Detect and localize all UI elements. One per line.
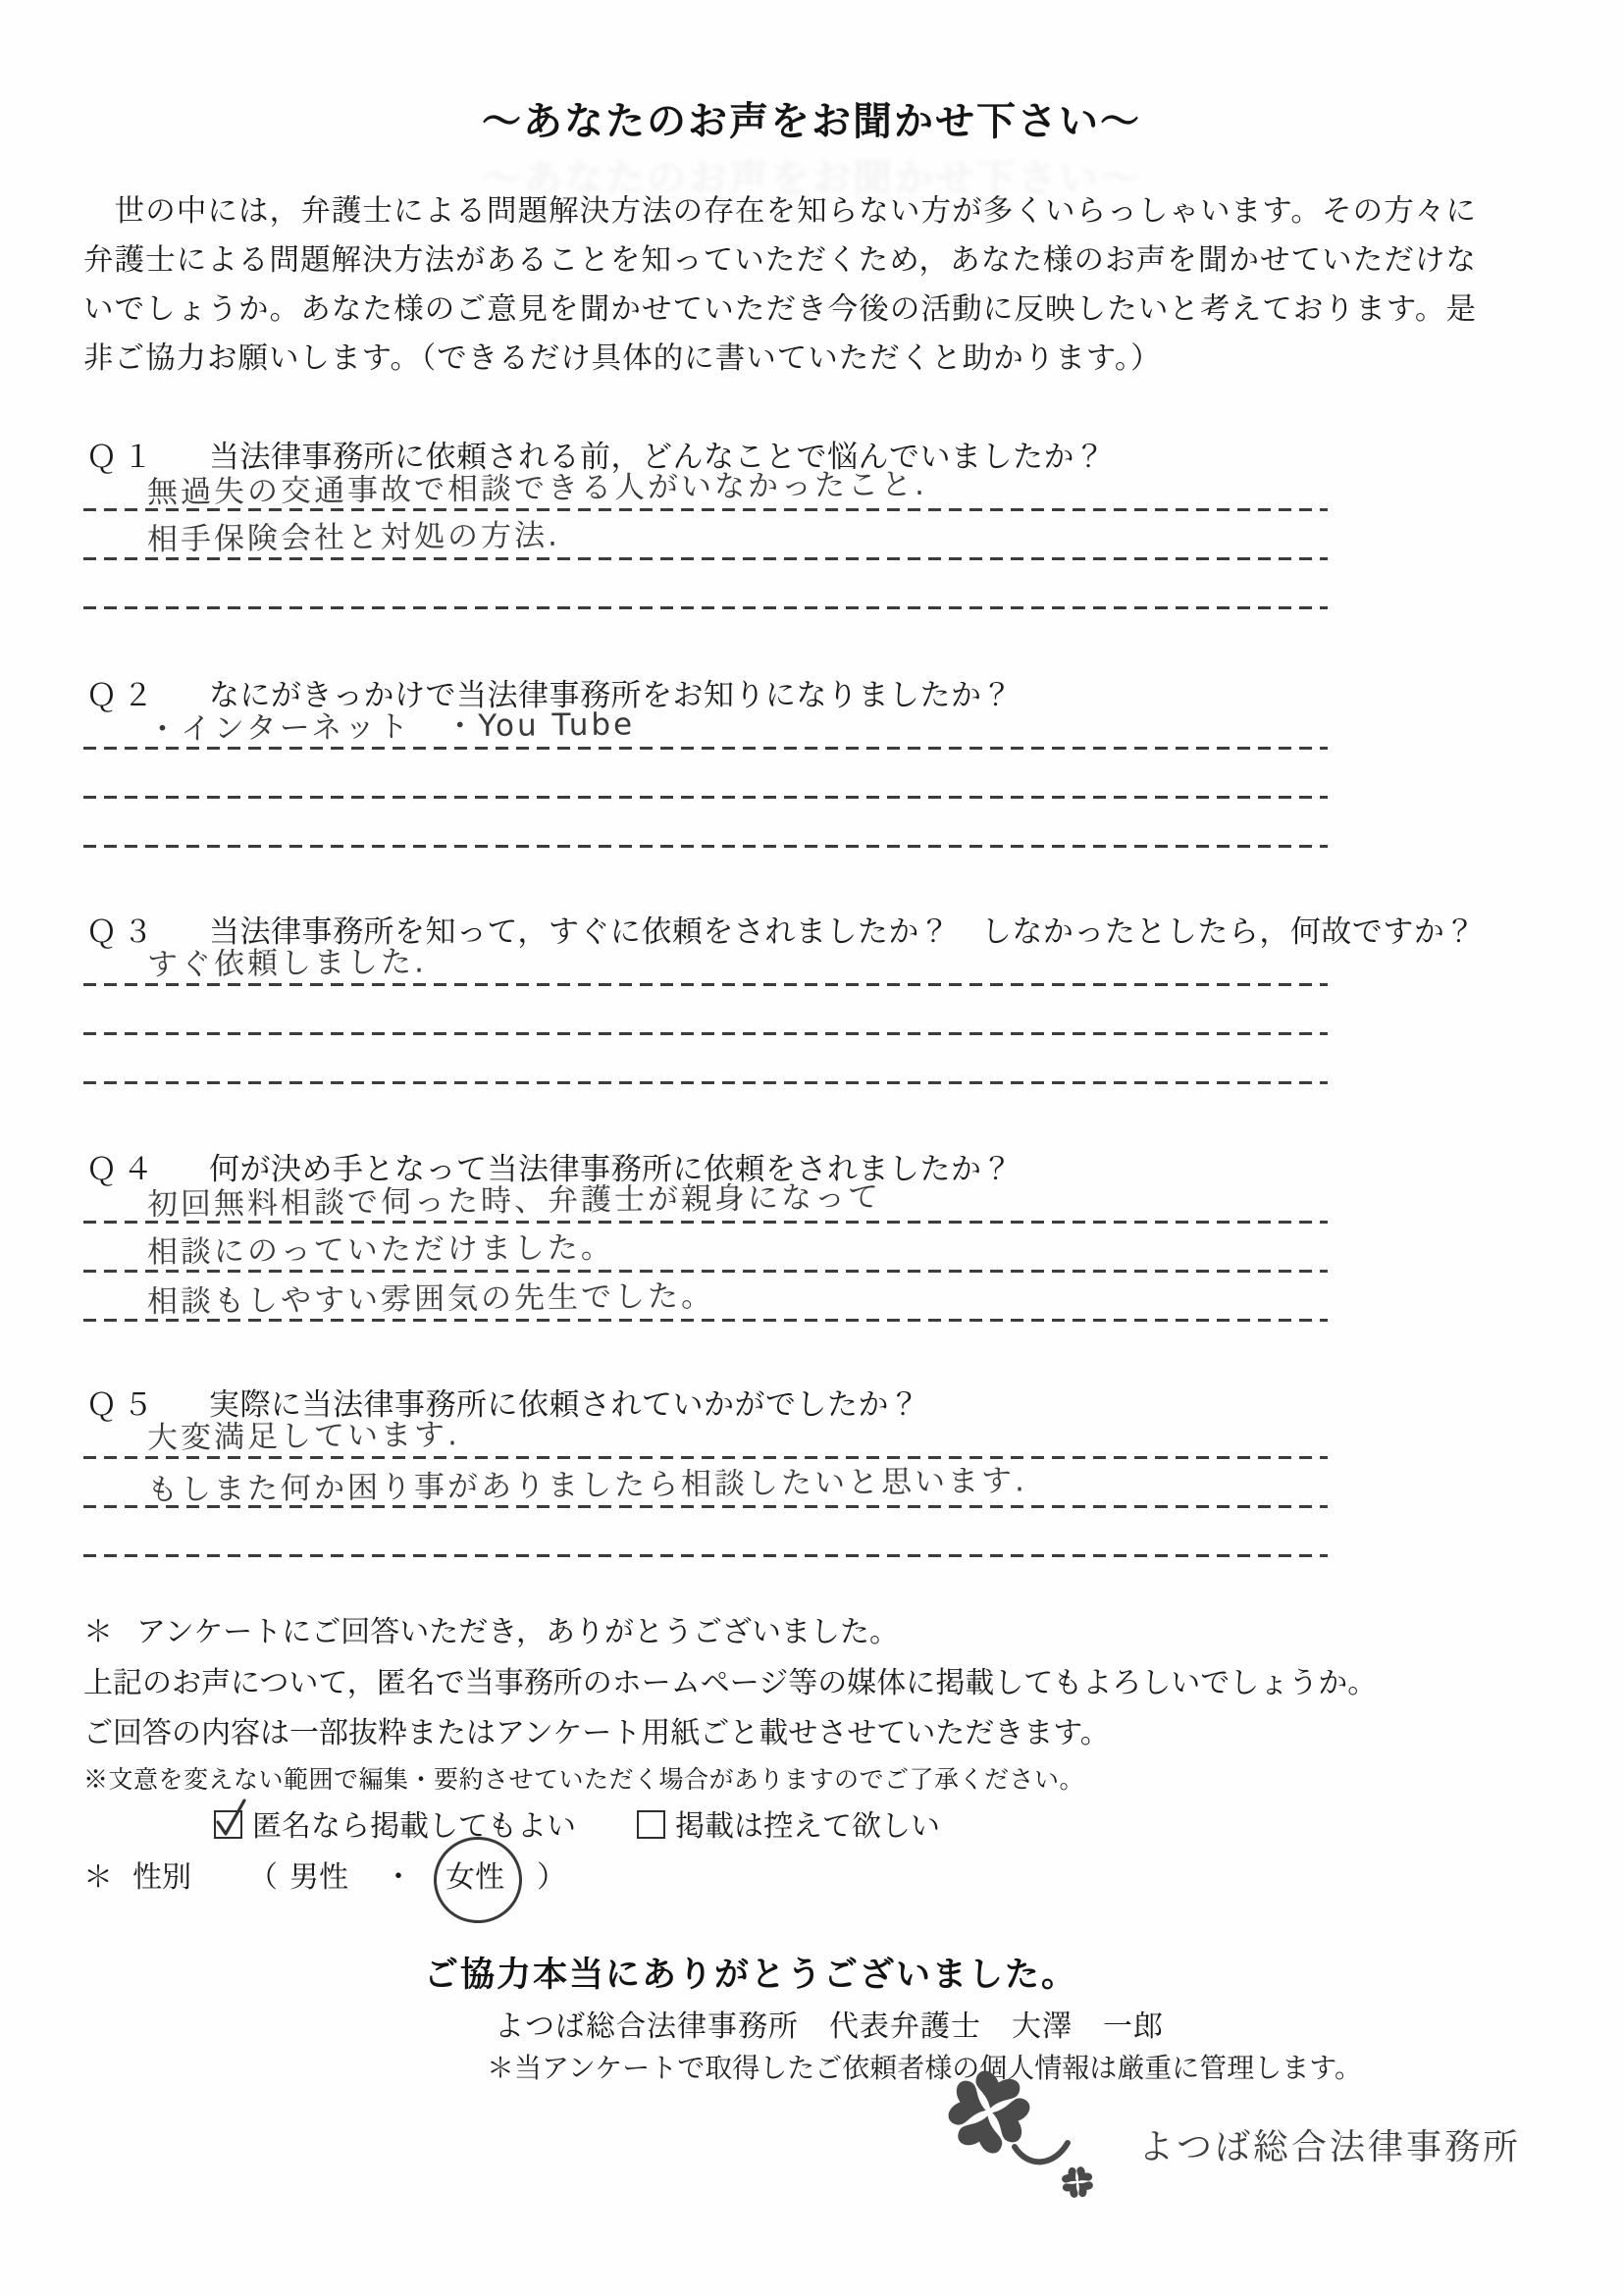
handwritten-answer: 大変満足しています. [147,1409,460,1456]
logo-swoosh [1015,2143,1068,2162]
asterisk-mark: ＊ [83,1607,113,1650]
handwritten-answer: もしまた何か困り事がありましたら相談したいと思います. [147,1455,1027,1508]
handwritten-circle-annotation [430,1833,525,1927]
checkbox-anonymous-ok[interactable] [214,1810,242,1839]
option-anonymous-ok-label: 匿名なら掲載してもよい [252,1810,576,1843]
handwritten-answer: ・インターネット ・You Tube [147,699,636,748]
answer-line [83,1081,1328,1084]
clover-logo [927,2061,1143,2232]
questionnaire-scan-page: ～あなたのお声をお聞かせ下さい～ ～あなたのお声をお聞かせ下さい～ 世の中には，… [0,0,1623,2296]
handwritten-answer: 初回無料相談で伺った時、弁護士が親身になって [147,1172,881,1224]
answer-line [83,1456,1328,1459]
option-no-publish-label: 掲載は控えて欲しい [675,1810,940,1843]
publish-options-row: 匿名なら掲載してもよい掲載は控えて欲しい [83,1801,940,1845]
answer-line [83,796,1328,799]
page-title: ～あなたのお声をお聞かせ下さい～ [0,90,1623,146]
answer-line [83,1221,1328,1224]
check-mark-icon [212,1795,251,1840]
answer-line [83,1505,1328,1508]
answer-line [83,1032,1328,1035]
answer-line [83,1270,1328,1273]
handwritten-answer: すぐ依頼しました. [147,937,427,984]
handwritten-answer: 無過失の交通事故で相談できる人がいなかったこと. [147,459,927,511]
answer-line [83,845,1328,848]
answer-line [83,557,1328,560]
gender-label: 性別 [132,1861,191,1894]
paren-open: （ [248,1861,278,1894]
separator-dot: ・ [384,1861,413,1894]
question-block-q5: Ｑ５ 実際に当法律事務所に依頼されていかがでしたか？ 大変満足しています. もし… [83,1372,1330,1602]
asterisk-mark: ＊ [83,1861,113,1894]
question-block-q4: Ｑ４ 何が決め手となって当法律事務所に依頼をされましたか？ 初回無料相談で伺った… [83,1136,1330,1367]
gender-row: ＊性別（男性・女性） [83,1852,566,1896]
gender-option-male: 男性 [289,1861,348,1894]
survey-thanks-line: ＊アンケートにご回答いただき，ありがとうございました。 [83,1607,899,1650]
handwritten-answer: 相談にのっていただけました。 [147,1223,614,1272]
answer-line [83,983,1328,986]
survey-thanks-text: アンケートにご回答いただき，ありがとうございました。 [136,1616,899,1648]
handwritten-answer: 相手保険会社と対処の方法. [147,510,560,558]
paren-close: ） [537,1861,566,1894]
question-block-q1: Ｑ１ 当法律事務所に依頼される前，どんなことで悩んでいましたか？ 無過失の交通事… [83,424,1330,654]
question-block-q3: Ｑ３ 当法律事務所を知って，すぐに依頼をされましたか？ しなかったとしたら，何故… [83,899,1330,1129]
publish-question-line: 上記のお声について，匿名で当事務所のホームページ等の媒体に掲載してもよろしいでし… [83,1658,1377,1701]
answer-line [83,606,1328,609]
gender-option-female-circled: 女性 [443,1852,507,1896]
answer-line [83,508,1328,511]
handwritten-answer: 相談もしやすい雰囲気の先生でした。 [147,1271,714,1321]
edit-note-line: ※文意を変えない範囲で編集・要約させていただく場合がありますのでご了承ください。 [83,1760,1084,1796]
closing-thanks: ご協力本当にありがとうございました。 [424,1948,1077,1997]
publish-detail-line: ご回答の内容は一部抜粋またはアンケート用紙ごと載せさせていただきます。 [83,1708,1110,1751]
firm-logo-text: よつば総合法律事務所 [1138,2119,1521,2169]
answer-line [83,1319,1328,1322]
intro-paragraph: 世の中には，弁護士による問題解決方法の存在を知らない方が多くいらっしゃいます。そ… [83,186,1477,383]
checkbox-no-publish[interactable] [637,1810,665,1839]
privacy-note: ＊当アンケートで取得したご依頼者様の個人情報は厳重に管理します。 [487,2047,1362,2086]
answer-line [83,1554,1328,1557]
firm-signature-line: よつば総合法律事務所 代表弁護士 大澤 一郎 [495,2002,1164,2045]
answer-line [83,747,1328,750]
question-block-q2: Ｑ２ なにがきっかけで当法律事務所をお知りになりましたか？ ・インターネット ・… [83,662,1330,893]
